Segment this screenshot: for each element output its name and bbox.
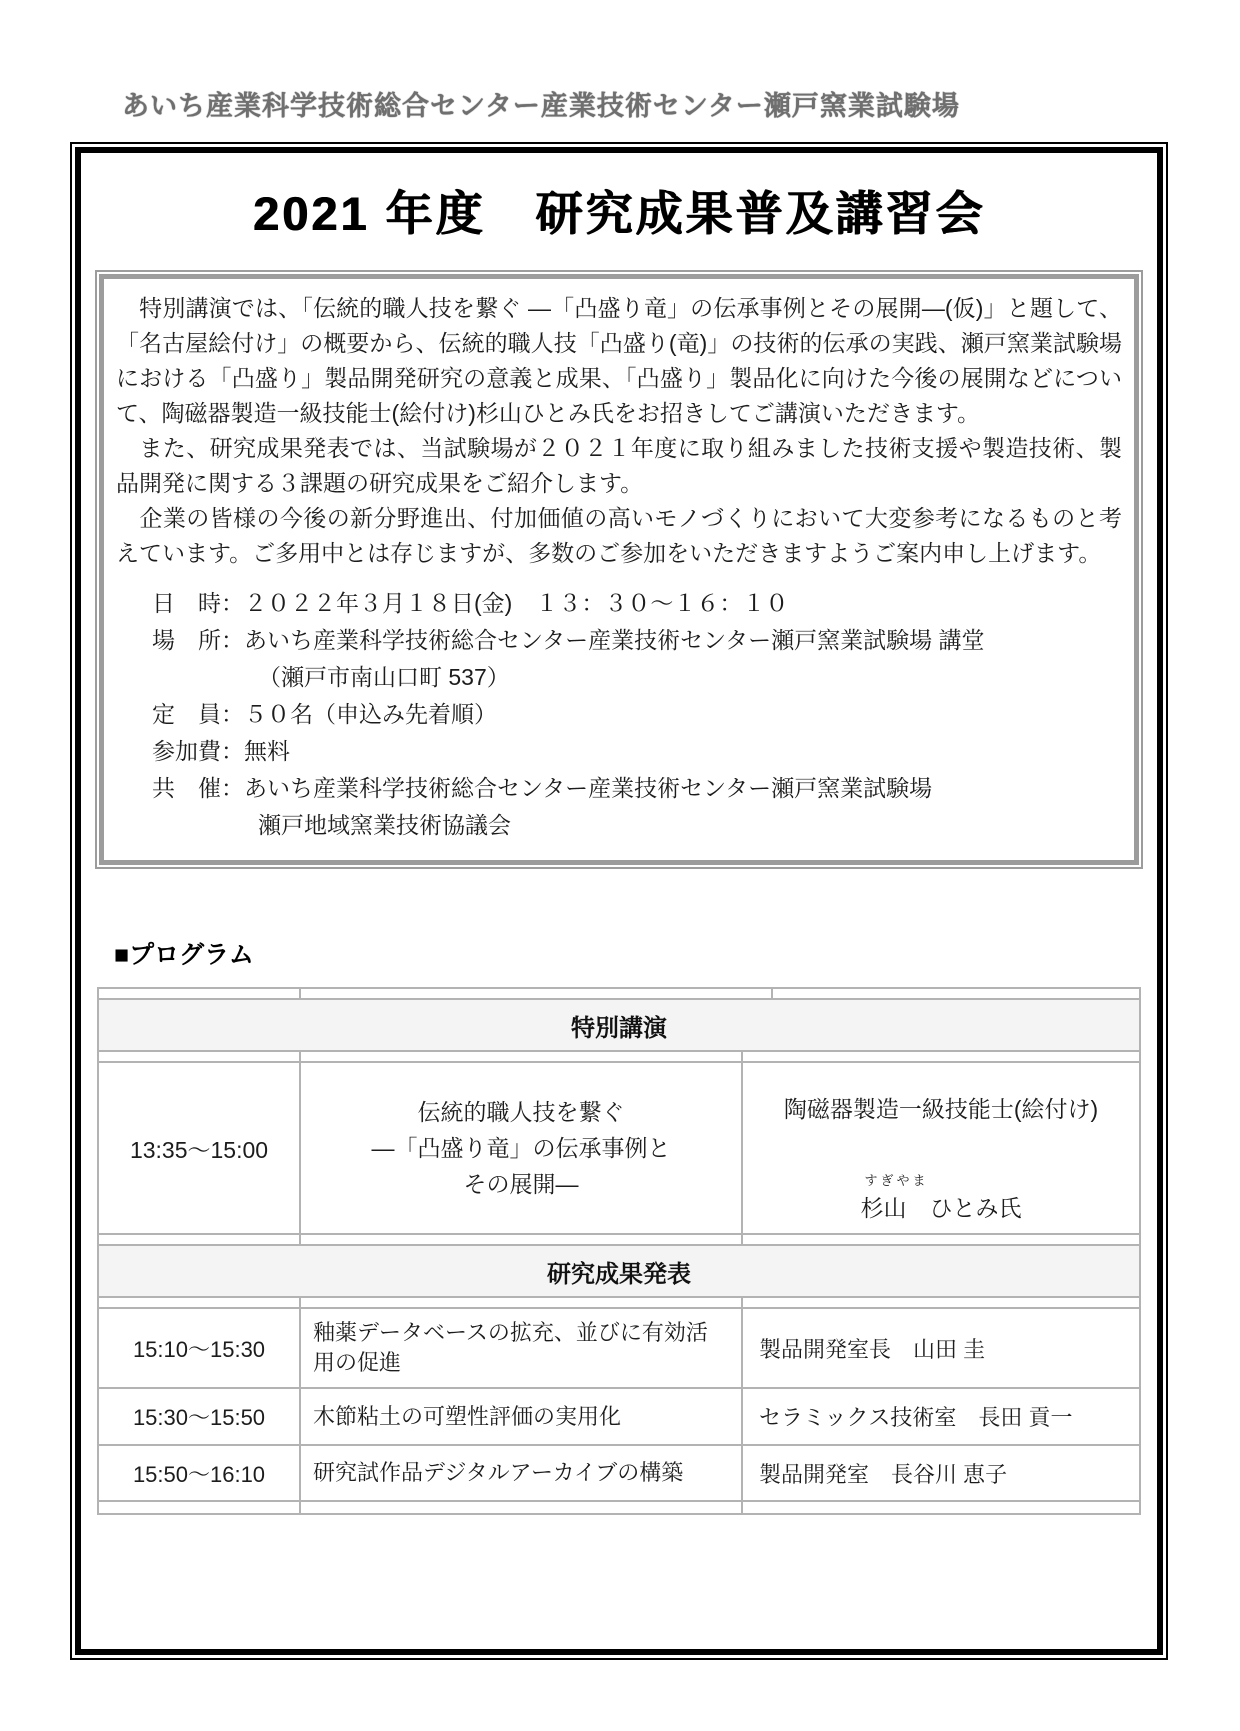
event-details: 日 時： ２０２２年３月１８日(金) １３：３０～１６：１０ 場 所： あいち産… [152, 585, 1122, 844]
detail-row-cohost: 共 催： あいち産業科学技術総合センター産業技術センター瀬戸窯業試験場 瀬戸地域… [152, 770, 1122, 844]
table-spacer-row [99, 1052, 1139, 1063]
spacer-cell [301, 989, 773, 998]
table-spacer-row [99, 989, 1139, 1000]
spacer-cell [743, 1298, 1139, 1307]
detail-row-capacity: 定 員： ５０名（申込み先着順） [152, 696, 1122, 733]
detail-separator: ： [221, 622, 244, 696]
spacer-cell [99, 1502, 301, 1513]
intro-box: 特別講演では、「伝統的職人技を繋ぐ ―「凸盛り竜」の伝承事例とその展開―(仮)」… [95, 270, 1143, 869]
program-table: 特別講演 13:35～15:00 伝統的職人技を繋ぐ ―「凸盛り竜」の伝承事例と… [97, 987, 1141, 1515]
detail-value: 無料 [244, 733, 1122, 770]
spacer-cell [743, 1235, 1139, 1244]
special-lecture-time: 13:35～15:00 [99, 1063, 301, 1233]
table-spacer-row [99, 1235, 1139, 1246]
detail-separator: ： [221, 733, 244, 770]
result-row-2: 15:30～15:50 木節粘土の可塑性評価の実用化 セラミックス技術室 長田 … [99, 1389, 1139, 1446]
intro-paragraph-3: 企業の皆様の今後の新分野進出、付加価値の高いモノづくりにおいて大変参考になるもの… [116, 501, 1122, 571]
topic-line-3: その展開― [464, 1166, 579, 1202]
result-time: 15:50～16:10 [99, 1446, 301, 1500]
spacer-cell [301, 1502, 743, 1513]
detail-label: 共 催 [152, 770, 221, 844]
spacer-cell [99, 989, 301, 998]
organization-header: あいち産業科学技術総合センター産業技術センター瀬戸窯業試験場 [122, 84, 960, 123]
detail-label: 場 所 [152, 622, 221, 696]
special-lecture-header: 特別講演 [99, 1000, 1139, 1052]
page-title: 2021 年度 研究成果普及講習会 [95, 177, 1143, 244]
intro-paragraph-1: 特別講演では、「伝統的職人技を繋ぐ ―「凸盛り竜」の伝承事例とその展開―(仮)」… [116, 291, 1122, 431]
main-border-box: 2021 年度 研究成果普及講習会 特別講演では、「伝統的職人技を繋ぐ ―「凸盛… [70, 142, 1168, 1660]
result-row-3: 15:50～16:10 研究試作品デジタルアーカイブの構築 製品開発室 長谷川 … [99, 1446, 1139, 1502]
detail-value: ２０２２年３月１８日(金) １３：３０～１６：１０ [244, 585, 1122, 622]
special-lecture-row: 13:35～15:00 伝統的職人技を繋ぐ ―「凸盛り竜」の伝承事例と その展開… [99, 1063, 1139, 1235]
program-heading: ■プログラム [114, 935, 1143, 971]
result-title: 釉薬データベースの拡充、並びに有効活用の促進 [301, 1309, 743, 1387]
speaker-name: 杉山 ひとみ氏 [861, 1195, 1022, 1221]
speaker-title: 陶磁器製造一級技能士(絵付け) [784, 1091, 1098, 1124]
result-time: 15:10～15:30 [99, 1309, 301, 1387]
spacer-cell [301, 1298, 743, 1307]
detail-value: あいち産業科学技術総合センター産業技術センター瀬戸窯業試験場 瀬戸地域窯業技術協… [244, 770, 1122, 844]
detail-value-line1: あいち産業科学技術総合センター産業技術センター瀬戸窯業試験場 [244, 770, 1122, 807]
intro-box-inner: 特別講演では、「伝統的職人技を繋ぐ ―「凸盛り竜」の伝承事例とその展開―(仮)」… [99, 274, 1139, 865]
detail-label: 参加費 [152, 733, 221, 770]
spacer-cell [99, 1298, 301, 1307]
detail-separator: ： [221, 585, 244, 622]
detail-separator: ： [221, 770, 244, 844]
spacer-cell [773, 989, 1139, 998]
detail-label: 日 時 [152, 585, 221, 622]
research-results-header: 研究成果発表 [99, 1246, 1139, 1298]
detail-value: ５０名（申込み先着順） [244, 696, 1122, 733]
detail-separator: ： [221, 696, 244, 733]
detail-row-place: 場 所： あいち産業科学技術総合センター産業技術センター瀬戸窯業試験場 講堂 （… [152, 622, 1122, 696]
speaker-name-block: すぎやま 杉山 ひとみ氏 [861, 1170, 1022, 1223]
result-presenter: セラミックス技術室 長田 貢一 [743, 1389, 1139, 1444]
result-row-1: 15:10～15:30 釉薬データベースの拡充、並びに有効活用の促進 製品開発室… [99, 1309, 1139, 1389]
result-presenter: 製品開発室 長谷川 恵子 [743, 1446, 1139, 1500]
main-border-box-inner: 2021 年度 研究成果普及講習会 特別講演では、「伝統的職人技を繋ぐ ―「凸盛… [75, 147, 1163, 1655]
result-time: 15:30～15:50 [99, 1389, 301, 1444]
topic-line-1: 伝統的職人技を繋ぐ [418, 1094, 625, 1130]
spacer-cell [301, 1052, 743, 1061]
detail-row-fee: 参加費： 無料 [152, 733, 1122, 770]
detail-row-datetime: 日 時： ２０２２年３月１８日(金) １３：３０～１６：１０ [152, 585, 1122, 622]
result-presenter: 製品開発室長 山田 圭 [743, 1309, 1139, 1387]
spacer-cell [743, 1052, 1139, 1061]
result-title: 研究試作品デジタルアーカイブの構築 [301, 1446, 743, 1500]
detail-value-line1: あいち産業科学技術総合センター産業技術センター瀬戸窯業試験場 講堂 [244, 622, 1122, 659]
table-spacer-row [99, 1298, 1139, 1309]
spacer-cell [301, 1235, 743, 1244]
detail-value: あいち産業科学技術総合センター産業技術センター瀬戸窯業試験場 講堂 （瀬戸市南山… [244, 622, 1122, 696]
spacer-cell [99, 1052, 301, 1061]
detail-label: 定 員 [152, 696, 221, 733]
research-results-header-label: 研究成果発表 [547, 1254, 691, 1289]
speaker-furigana: すぎやま [861, 1170, 1022, 1189]
detail-value-line2: （瀬戸市南山口町 537） [244, 659, 1122, 696]
intro-paragraph-2: また、研究成果発表では、当試験場が２０２１年度に取り組みました技術支援や製造技術… [116, 431, 1122, 501]
special-lecture-topic: 伝統的職人技を繋ぐ ―「凸盛り竜」の伝承事例と その展開― [301, 1063, 743, 1233]
spacer-cell [743, 1502, 1139, 1513]
spacer-cell [99, 1235, 301, 1244]
topic-line-2: ―「凸盛り竜」の伝承事例と [372, 1130, 671, 1166]
special-lecture-header-label: 特別講演 [571, 1008, 667, 1043]
result-title: 木節粘土の可塑性評価の実用化 [301, 1389, 743, 1444]
special-lecture-speaker: 陶磁器製造一級技能士(絵付け) すぎやま 杉山 ひとみ氏 [743, 1063, 1139, 1233]
detail-value-line2: 瀬戸地域窯業技術協議会 [244, 807, 1122, 844]
table-spacer-row [99, 1502, 1139, 1515]
